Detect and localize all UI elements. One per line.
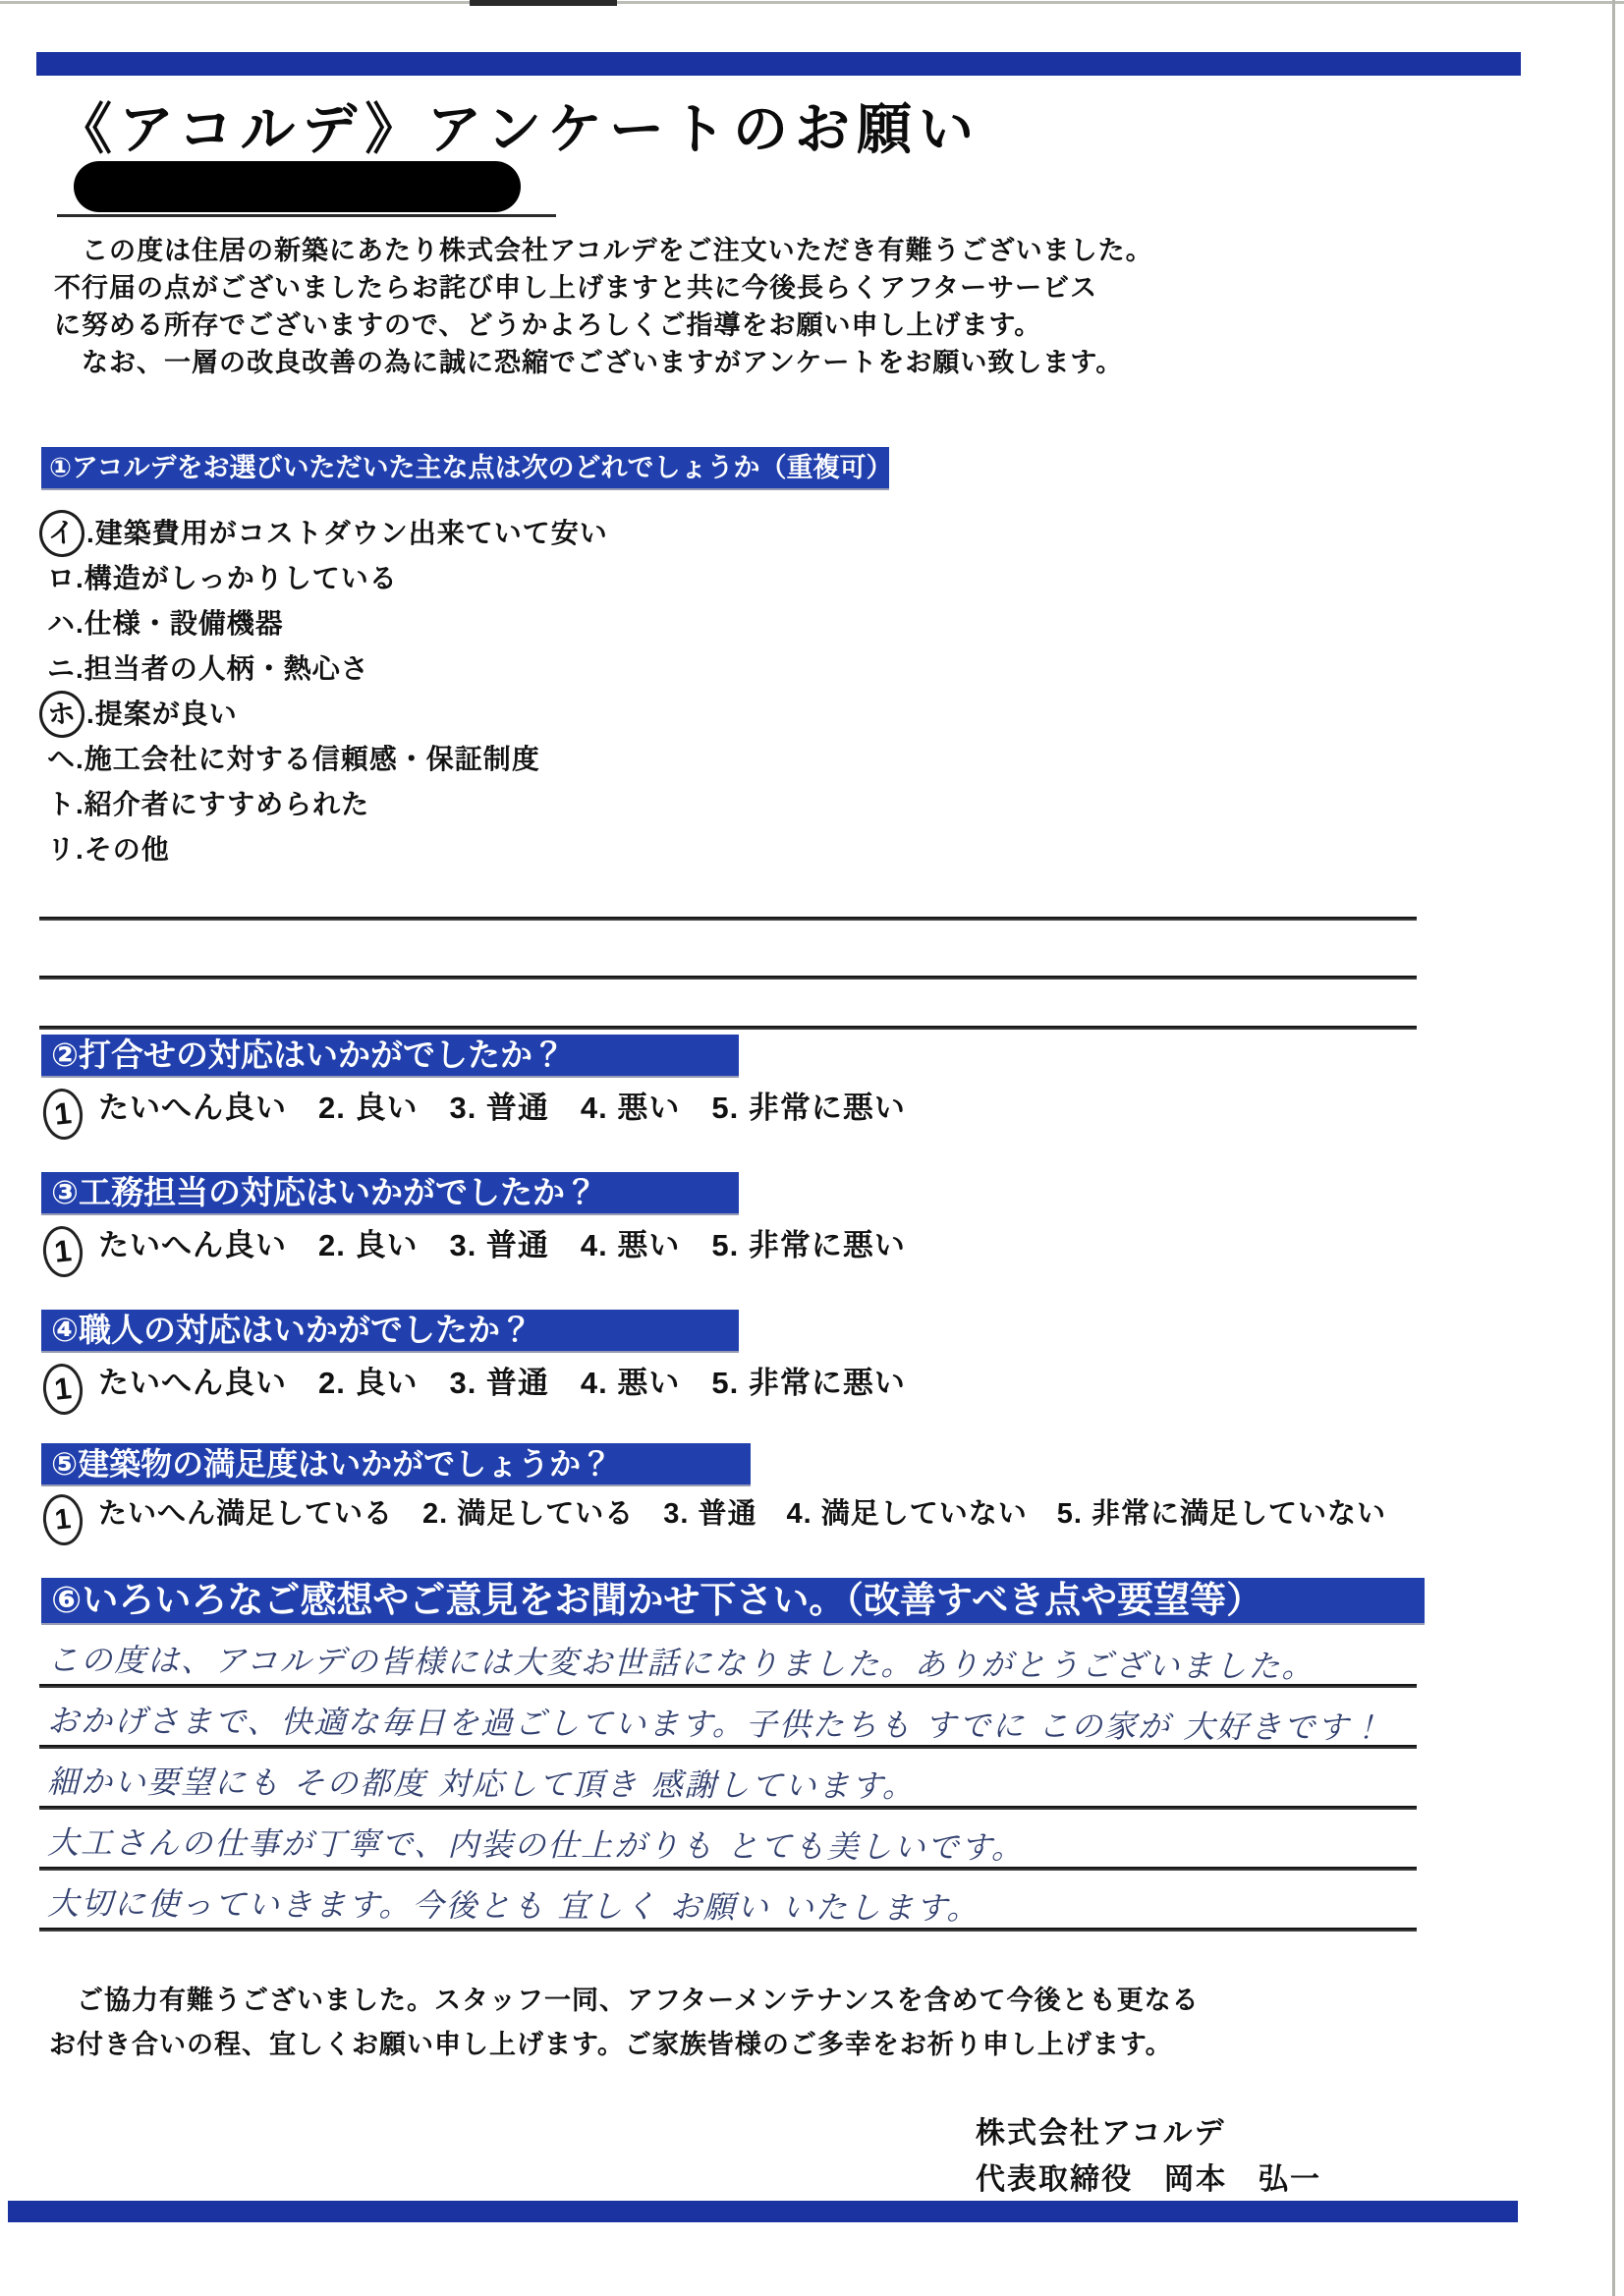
comment-rule-line [39,1928,1417,1932]
closing-line: ご協力有難うございました。スタッフ一同、アフターメンテナンスを含めて今後とも更な… [49,1979,1200,2023]
option-label: .仕様・設備機器 [76,608,284,639]
intro-paragraph: この度は住居の新築にあたり株式会社アコルデをご注文いただき有難うございました。 … [54,232,1153,381]
q4-answer-row: 1たいへん良い 2. 良い 3. 普通 4. 悪い 5. 非常に悪い [43,1358,906,1415]
redacted-name [74,161,521,212]
intro-line: に努める所存でございますので、どうかよろしくご指導をお願い申し上げます。 [54,307,1153,344]
scan-artifact-right-edge [1612,0,1615,2296]
handwritten-comment-line: おかげさまで、快適な毎日を過ごしています。子供たちも すでに この家が 大好きで… [47,1696,1423,1748]
comment-rule-line [39,1684,1417,1688]
closing-line: お付き合いの程、宜しくお願い申し上げます。ご家族皆様のご多幸をお祈り申し上げます… [49,2023,1200,2067]
page-title: 《アコルデ》アンケートのお願い [57,86,980,165]
option-label: .担当者の人柄・熱心さ [76,653,369,684]
q1-answer-line [39,917,1417,921]
option-label: .構造がしっかりしている [76,563,398,593]
q1-answer-line [39,1026,1417,1030]
closing-paragraph: ご協力有難うございました。スタッフ一同、アフターメンテナンスを含めて今後とも更な… [49,1979,1200,2067]
intro-line: なお、一層の改良改善の為に誠に恐縮でございますがアンケートをお願い致します。 [54,344,1153,381]
q1-answer-line [39,976,1417,980]
q6-header: ⑥いろいろなご感想やご意見をお聞かせ下さい。（改善すべき点や要望等） [41,1578,1425,1623]
q4-selected-answer-circle: 1 [40,1362,84,1417]
q5-selected-answer-circle: 1 [40,1492,84,1547]
q1-option-ro: ロ.構造がしっかりしている [47,556,608,601]
option-label: .提案が良い [86,699,238,729]
option-mark-circled: ホ [37,689,86,740]
comment-rule-line [39,1806,1417,1810]
option-mark: ロ [47,556,76,601]
q4-answer-options: たいへん良い 2. 良い 3. 普通 4. 悪い 5. 非常に悪い [98,1366,906,1400]
q4-header: ④職人の対応はいかがでしたか？ [41,1310,739,1351]
q2-answer-row: 1たいへん良い 2. 良い 3. 普通 4. 悪い 5. 非常に悪い [43,1083,906,1140]
q1-header: ①アコルデをお選びいただいた主な点は次のどれでしょうか（重複可） [41,447,889,488]
option-mark: ト [47,782,76,827]
q1-option-ri: リ.その他 [47,827,608,872]
top-accent-bar [36,52,1521,76]
survey-scan-page: 《アコルデ》アンケートのお願い この度は住居の新築にあたり株式会社アコルデをご注… [0,0,1624,2296]
q1-option-ho: ホ.提案が良い [47,692,608,737]
scan-artifact-top-edge [0,1,1624,4]
option-mark: ヘ [47,737,76,782]
comment-rule-line [39,1745,1417,1749]
intro-line: この度は住居の新築にあたり株式会社アコルデをご注文いただき有難うございました。 [54,232,1153,269]
redacted-name-underline [57,214,556,217]
handwritten-comment-line: 大切に使っていきます。今後とも 宜しく お願い いたします。 [47,1878,1423,1931]
q1-option-i: イ.建築費用がコストダウン出来ていて安い [47,511,608,556]
handwritten-comment-line: 大工さんの仕事が丁寧で、内装の仕上がりも とても美しいです。 [47,1818,1423,1870]
q3-answer-options: たいへん良い 2. 良い 3. 普通 4. 悪い 5. 非常に悪い [98,1228,906,1262]
q2-answer-options: たいへん良い 2. 良い 3. 普通 4. 悪い 5. 非常に悪い [98,1091,906,1125]
q5-answer-row: 1たいへん満足している 2. 満足している 3. 普通 4. 満足していない 5… [43,1491,1386,1545]
option-mark: ハ [47,601,76,646]
q5-answer-options: たいへん満足している 2. 満足している 3. 普通 4. 満足していない 5.… [98,1498,1386,1530]
option-mark: リ [47,827,76,872]
q2-header: ②打合せの対応はいかがでしたか？ [41,1035,739,1076]
q3-selected-answer-circle: 1 [40,1224,84,1279]
handwritten-comment-line: 細かい要望にも その都度 対応して頂き 感謝しています。 [47,1757,1423,1809]
intro-line: 不行届の点がございましたらお詫び申し上げますと共に今後長らくアフターサービス [54,269,1153,307]
option-mark-circled: イ [37,508,86,559]
q5-header: ⑤建築物の満足度はいかがでしょうか？ [41,1443,751,1484]
representative-name: 代表取締役 岡本 弘一 [976,2156,1321,2203]
option-label: .建築費用がコストダウン出来ていて安い [86,518,608,548]
option-label: .その他 [76,834,170,865]
comment-rule-line [39,1867,1417,1871]
q2-selected-answer-circle: 1 [40,1087,84,1142]
company-name: 株式会社アコルデ [976,2110,1321,2156]
q3-answer-row: 1たいへん良い 2. 良い 3. 普通 4. 悪い 5. 非常に悪い [43,1220,906,1277]
q1-option-ha: ハ.仕様・設備機器 [47,601,608,646]
option-label: .紹介者にすすめられた [76,789,369,819]
bottom-accent-bar [8,2201,1518,2222]
option-label: .施工会社に対する信頼感・保証制度 [76,744,540,774]
q1-option-to: ト.紹介者にすすめられた [47,782,608,827]
scan-artifact-top-mark [470,0,617,6]
q1-options: イ.建築費用がコストダウン出来ていて安い ロ.構造がしっかりしている ハ.仕様・… [47,511,608,872]
q1-option-he: ヘ.施工会社に対する信頼感・保証制度 [47,737,608,782]
option-mark: ニ [47,646,76,692]
handwritten-comment-line: この度は、アコルデの皆様には大変お世話になりました。ありがとうございました。 [47,1635,1423,1687]
q1-option-ni: ニ.担当者の人柄・熱心さ [47,646,608,692]
signature-block: 株式会社アコルデ 代表取締役 岡本 弘一 [976,2110,1321,2203]
q3-header: ③工務担当の対応はいかがでしたか？ [41,1172,739,1213]
